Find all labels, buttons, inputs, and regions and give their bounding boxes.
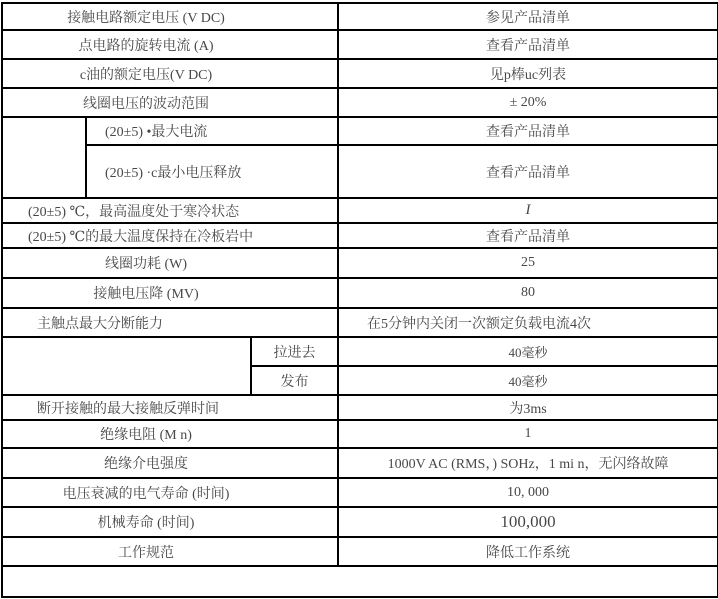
spec-value: 10, 000 bbox=[338, 478, 718, 507]
spec-value: ± 20% bbox=[338, 88, 718, 117]
table-row: 接触电压降 (MV) 80 bbox=[2, 278, 718, 308]
table-row: 绝缘介电强度 1000V AC (RMS，) SOHz，1 mi n，无闪络故障 bbox=[2, 448, 718, 478]
spec-sublabel: 拉进去 bbox=[251, 337, 338, 366]
spec-table: 接触电路额定电压 (V DC) 参见产品清单 点电路的旋转电流 (A) 查看产品… bbox=[1, 2, 718, 598]
spec-label: 工作规范 bbox=[2, 537, 338, 566]
spec-value: 1 bbox=[338, 420, 718, 448]
spec-value: 降低工作系统 bbox=[338, 537, 718, 566]
table-row: 线圈功耗 (W) 25 bbox=[2, 248, 718, 278]
spec-label: 电压衰减的电气寿命 (时间) bbox=[2, 478, 338, 507]
spec-value: 25 bbox=[338, 248, 718, 278]
spec-label: (20±5) ℃，最高温度处于寒冷状态 bbox=[2, 198, 338, 223]
spec-label: 主触点最大分断能力 bbox=[2, 308, 338, 337]
spec-value: 查看产品清单 bbox=[338, 117, 718, 145]
table-row: 机械寿命 (时间) 100,000 bbox=[2, 507, 718, 537]
spec-value: 1000V AC (RMS，) SOHz，1 mi n，无闪络故障 bbox=[338, 448, 718, 478]
empty-cell bbox=[2, 117, 86, 198]
spec-document: 接触电路额定电压 (V DC) 参见产品清单 点电路的旋转电流 (A) 查看产品… bbox=[1, 2, 717, 598]
spec-value: 查看产品清单 bbox=[338, 145, 718, 198]
spec-sublabel: (20±5) ·c最小电压释放 bbox=[86, 145, 338, 198]
table-row: 工作规范 降低工作系统 bbox=[2, 537, 718, 566]
spec-label: 接触电压降 (MV) bbox=[2, 278, 338, 308]
table-row: 线圈电压的波动范围 ± 20% bbox=[2, 88, 718, 117]
spec-label: c油的额定电压(V DC) bbox=[2, 59, 338, 88]
table-row: 绝缘电阻 (M n) 1 bbox=[2, 420, 718, 448]
spec-label: 绝缘介电强度 bbox=[2, 448, 338, 478]
spec-label: 断开接触的最大接触反弹时间 bbox=[2, 395, 338, 420]
spec-sublabel: 发布 bbox=[251, 366, 338, 395]
table-row: c油的额定电压(V DC) 见p棒uc列表 bbox=[2, 59, 718, 88]
spec-value: 参见产品清单 bbox=[338, 3, 718, 30]
empty-cell bbox=[2, 337, 251, 395]
spec-label: 机械寿命 (时间) bbox=[2, 507, 338, 537]
spec-value: 80 bbox=[338, 278, 718, 308]
empty-row-cell bbox=[2, 566, 718, 597]
spec-value: I bbox=[338, 198, 718, 223]
spec-label: 绝缘电阻 (M n) bbox=[2, 420, 338, 448]
spec-label: 线圈电压的波动范围 bbox=[2, 88, 338, 117]
spec-label: 接触电路额定电压 (V DC) bbox=[2, 3, 338, 30]
spec-sublabel: (20±5) •最大电流 bbox=[86, 117, 338, 145]
table-row: 断开接触的最大接触反弹时间 为3ms bbox=[2, 395, 718, 420]
spec-value: 40毫秒 bbox=[338, 366, 718, 395]
table-row bbox=[2, 566, 718, 597]
table-row: (20±5) ·c最小电压释放 查看产品清单 bbox=[2, 145, 718, 198]
spec-value: 见p棒uc列表 bbox=[338, 59, 718, 88]
spec-value: 100,000 bbox=[338, 507, 718, 537]
spec-value: 查看产品清单 bbox=[338, 223, 718, 248]
table-row: 主触点最大分断能力 在5分钟内关闭一次额定负载电流4次 bbox=[2, 308, 718, 337]
table-row: (20±5) •最大电流 查看产品清单 bbox=[2, 117, 718, 145]
spec-label: (20±5) ℃的最大温度保持在冷板岩中 bbox=[2, 223, 338, 248]
table-row: (20±5) ℃，最高温度处于寒冷状态 I bbox=[2, 198, 718, 223]
table-row: 电压衰减的电气寿命 (时间) 10, 000 bbox=[2, 478, 718, 507]
table-row: 接触电路额定电压 (V DC) 参见产品清单 bbox=[2, 3, 718, 30]
table-row: (20±5) ℃的最大温度保持在冷板岩中 查看产品清单 bbox=[2, 223, 718, 248]
spec-value: 40毫秒 bbox=[338, 337, 718, 366]
spec-value: 为3ms bbox=[338, 395, 718, 420]
spec-value: 在5分钟内关闭一次额定负载电流4次 bbox=[338, 308, 718, 337]
spec-label: 线圈功耗 (W) bbox=[2, 248, 338, 278]
table-row: 点电路的旋转电流 (A) 查看产品清单 bbox=[2, 30, 718, 59]
spec-label: 点电路的旋转电流 (A) bbox=[2, 30, 338, 59]
table-row: 拉进去 40毫秒 bbox=[2, 337, 718, 366]
spec-value: 查看产品清单 bbox=[338, 30, 718, 59]
